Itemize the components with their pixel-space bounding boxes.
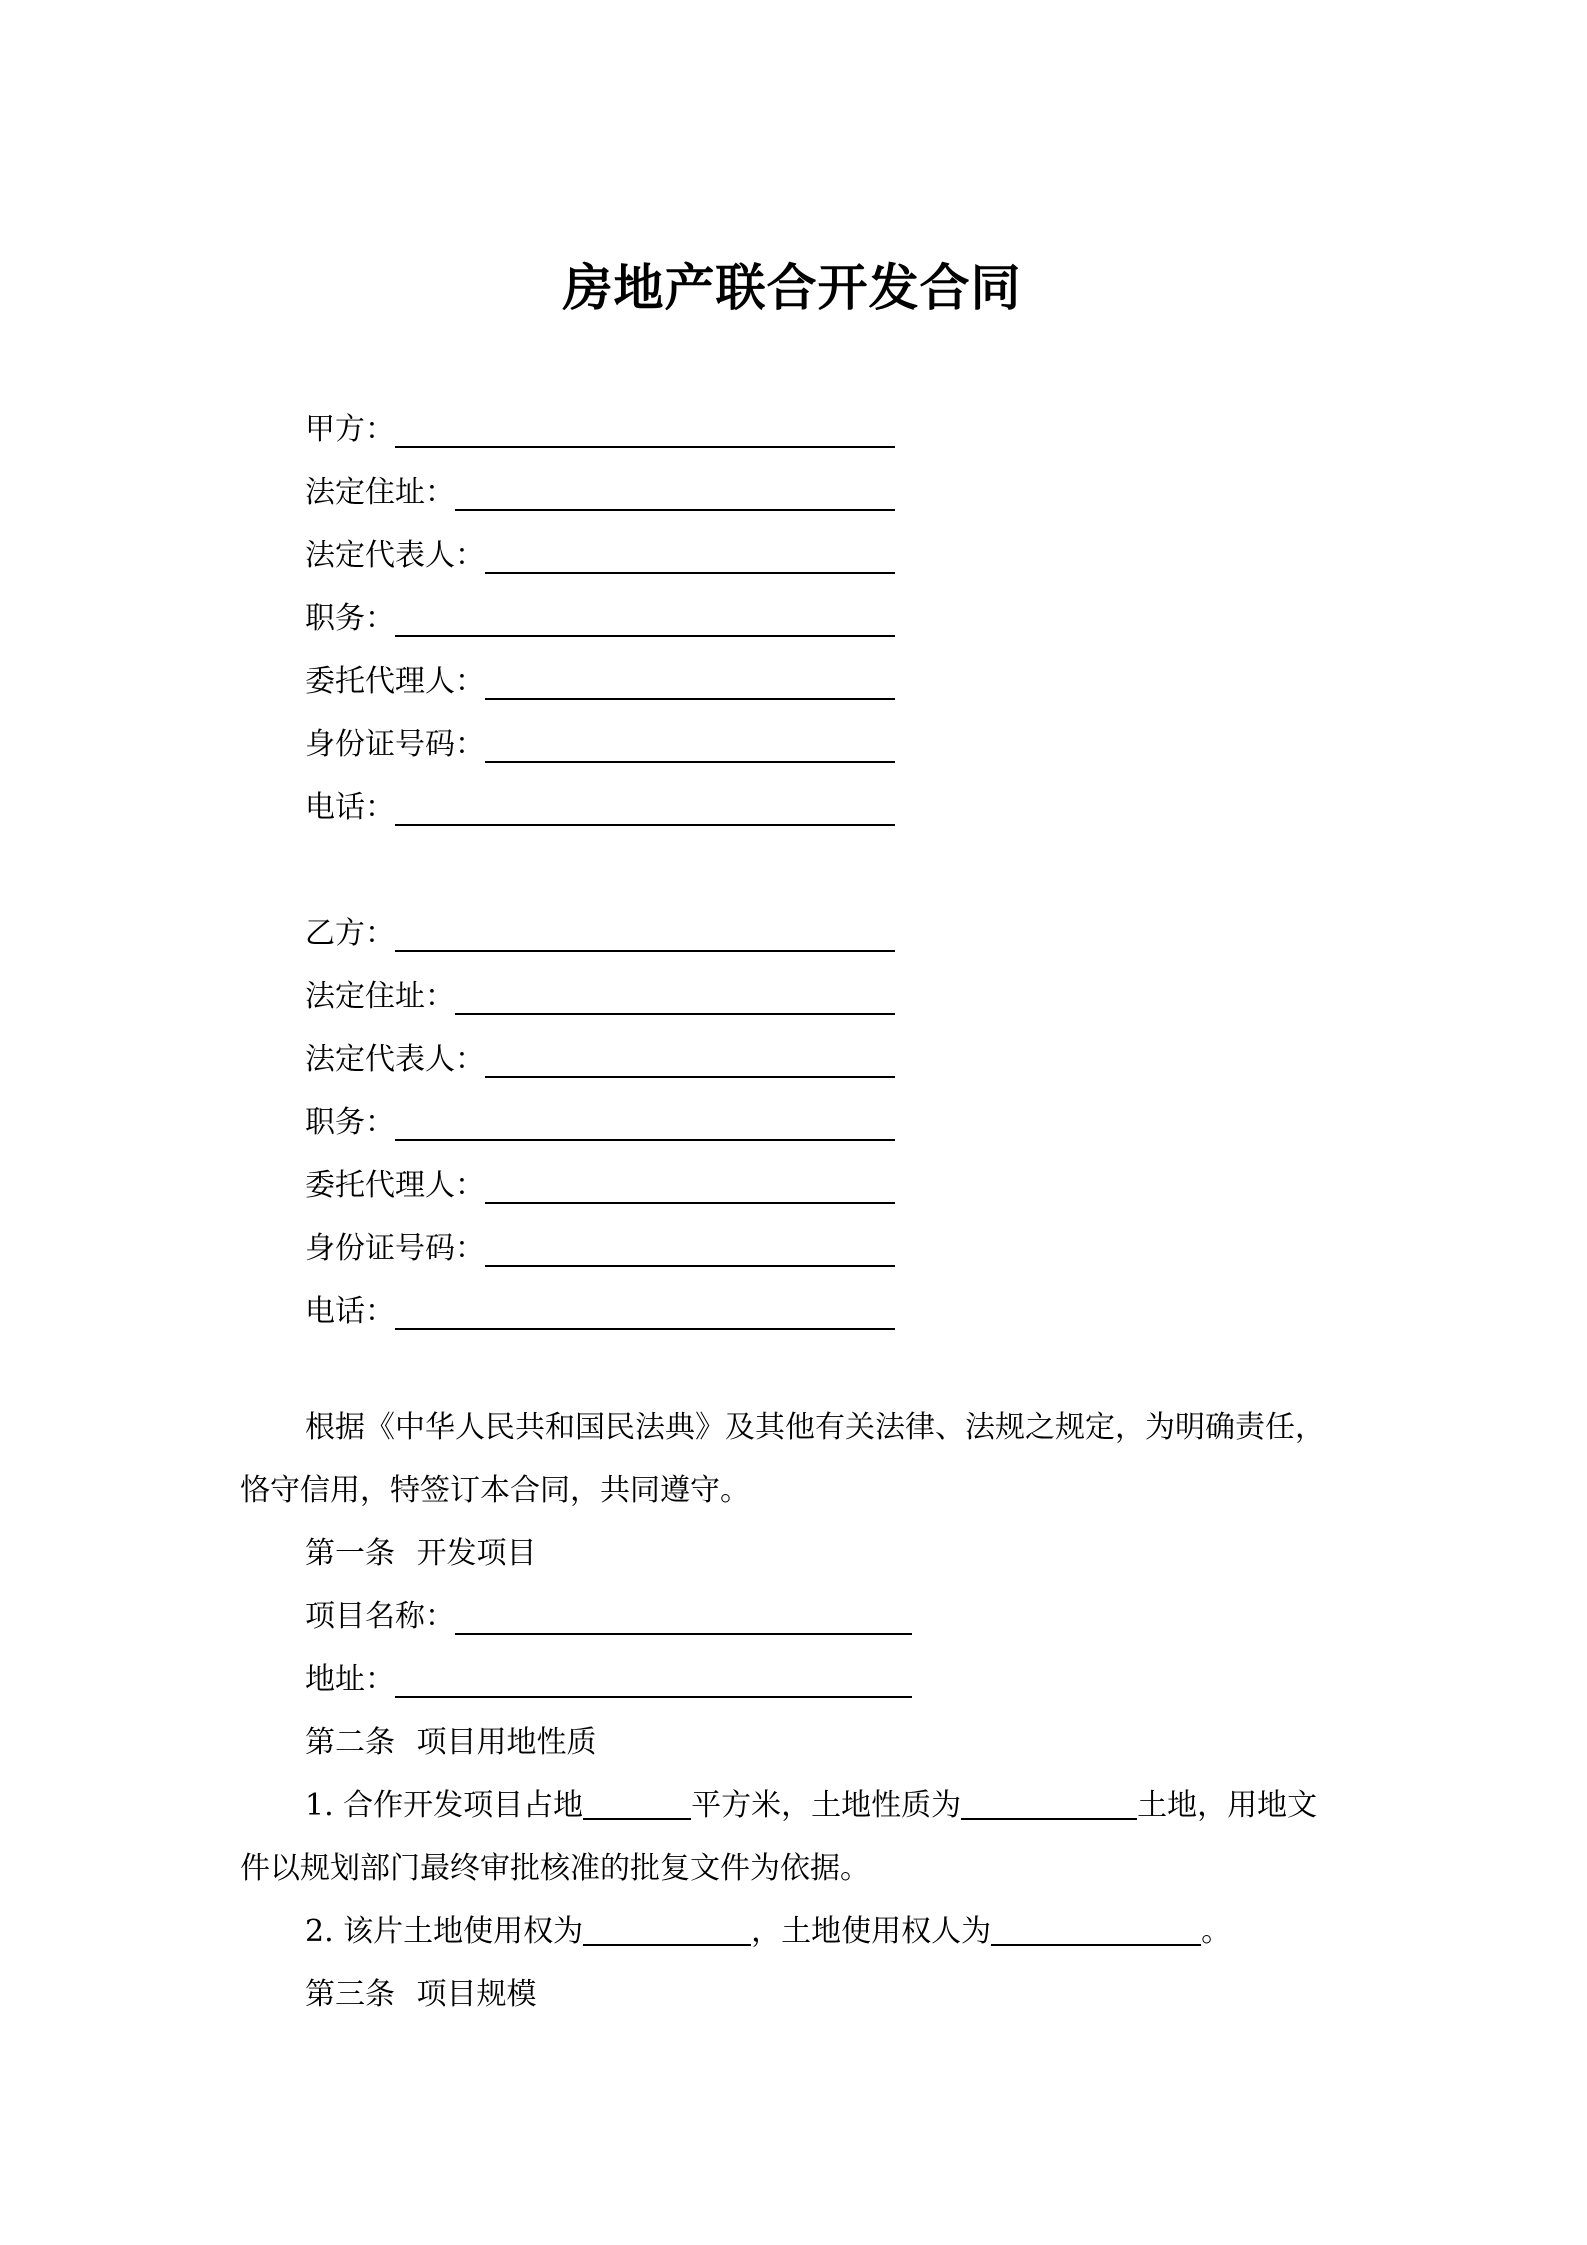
article-1-heading: 第一条 开发项目 [240, 1522, 1344, 1585]
blank-line [455, 1585, 912, 1635]
field-label: 项目名称： [305, 1585, 455, 1648]
clause-text: 平方米，土地性质为 [691, 1788, 961, 1823]
field-label: 电话： [305, 776, 395, 839]
field-row-party-a-legal-rep: 法定代表人： [305, 524, 895, 587]
field-row-project-name: 项目名称： [305, 1585, 912, 1648]
field-label: 职务： [305, 1091, 395, 1154]
section-spacer [240, 839, 1344, 902]
contract-body: 根据《中华人民共和国民法典》及其他有关法律、法规之规定，为明确责任， 恪守信用，… [240, 1396, 1344, 2026]
field-row-party-b-id-number: 身份证号码： [305, 1217, 895, 1280]
field-row-party-a-phone: 电话： [305, 776, 895, 839]
clause-2-line: 2. 该片土地使用权为，土地使用权人为。 [240, 1900, 1344, 1963]
field-label: 地址： [305, 1648, 395, 1711]
field-row-party-b-position: 职务： [305, 1091, 895, 1154]
field-label: 法定代表人： [305, 1028, 485, 1091]
clause-text: ，土地使用权人为 [751, 1914, 991, 1949]
blank-line [395, 1091, 895, 1141]
field-row-party-b-legal-rep: 法定代表人： [305, 1028, 895, 1091]
blank-line [485, 1028, 895, 1078]
preamble-line-1: 根据《中华人民共和国民法典》及其他有关法律、法规之规定，为明确责任， [240, 1396, 1344, 1459]
preamble-line-2: 恪守信用，特签订本合同，共同遵守。 [240, 1459, 1344, 1522]
blank-line [455, 461, 895, 511]
field-label: 身份证号码： [305, 713, 485, 776]
blank-line [395, 902, 895, 952]
blank-line [455, 965, 895, 1015]
contract-page: 房地产联合开发合同 甲方： 法定住址： 法定代表人： 职务： 委托代理人： [0, 0, 1587, 2245]
field-label: 电话： [305, 1280, 395, 1343]
blank-line [485, 1154, 895, 1204]
field-label: 委托代理人： [305, 650, 485, 713]
field-row-party-a-position: 职务： [305, 587, 895, 650]
field-row-party-a-agent: 委托代理人： [305, 650, 895, 713]
page-title: 房地产联合开发合同 [240, 0, 1344, 320]
clause-text: 1. 合作开发项目占地 [305, 1788, 583, 1823]
field-label: 职务： [305, 587, 395, 650]
field-row-party-a-name: 甲方： [305, 398, 895, 461]
field-label: 法定住址： [305, 965, 455, 1028]
field-row-party-a-id-number: 身份证号码： [305, 713, 895, 776]
field-label: 乙方： [305, 902, 395, 965]
field-label: 法定代表人： [305, 524, 485, 587]
field-row-project-address: 地址： [305, 1648, 912, 1711]
clause-text: 。 [1201, 1914, 1231, 1949]
field-label: 法定住址： [305, 461, 455, 524]
field-row-party-b-name: 乙方： [305, 902, 895, 965]
blank-line [485, 650, 895, 700]
inline-blank [991, 1914, 1201, 1946]
blank-line [395, 1648, 912, 1698]
blank-line [395, 398, 895, 448]
clause-1-line-2: 件以规划部门最终审批核准的批复文件为依据。 [240, 1837, 1344, 1900]
party-b-section: 乙方： 法定住址： 法定代表人： 职务： 委托代理人： 身份证号码： [240, 902, 1344, 1343]
clause-1-line-1: 1. 合作开发项目占地平方米，土地性质为土地，用地文 [240, 1774, 1344, 1837]
inline-blank [961, 1788, 1137, 1820]
clause-text: 土地，用地文 [1137, 1788, 1317, 1823]
blank-line [485, 524, 895, 574]
article-3-heading: 第三条 项目规模 [240, 1963, 1344, 2026]
blank-line [395, 1280, 895, 1330]
blank-line [485, 1217, 895, 1267]
field-row-party-b-agent: 委托代理人： [305, 1154, 895, 1217]
clause-text: 2. 该片土地使用权为 [305, 1914, 583, 1949]
field-row-party-b-address: 法定住址： [305, 965, 895, 1028]
field-label: 身份证号码： [305, 1217, 485, 1280]
inline-blank [583, 1914, 751, 1946]
inline-blank [583, 1788, 691, 1820]
blank-line [395, 776, 895, 826]
field-label: 甲方： [305, 398, 395, 461]
article-2-heading: 第二条 项目用地性质 [240, 1711, 1344, 1774]
field-label: 委托代理人： [305, 1154, 485, 1217]
field-row-party-b-phone: 电话： [305, 1280, 895, 1343]
blank-line [485, 713, 895, 763]
page-content: 房地产联合开发合同 甲方： 法定住址： 法定代表人： 职务： 委托代理人： [240, 0, 1344, 2026]
blank-line [395, 587, 895, 637]
field-row-party-a-address: 法定住址： [305, 461, 895, 524]
party-a-section: 甲方： 法定住址： 法定代表人： 职务： 委托代理人： 身份证号码： [240, 398, 1344, 839]
